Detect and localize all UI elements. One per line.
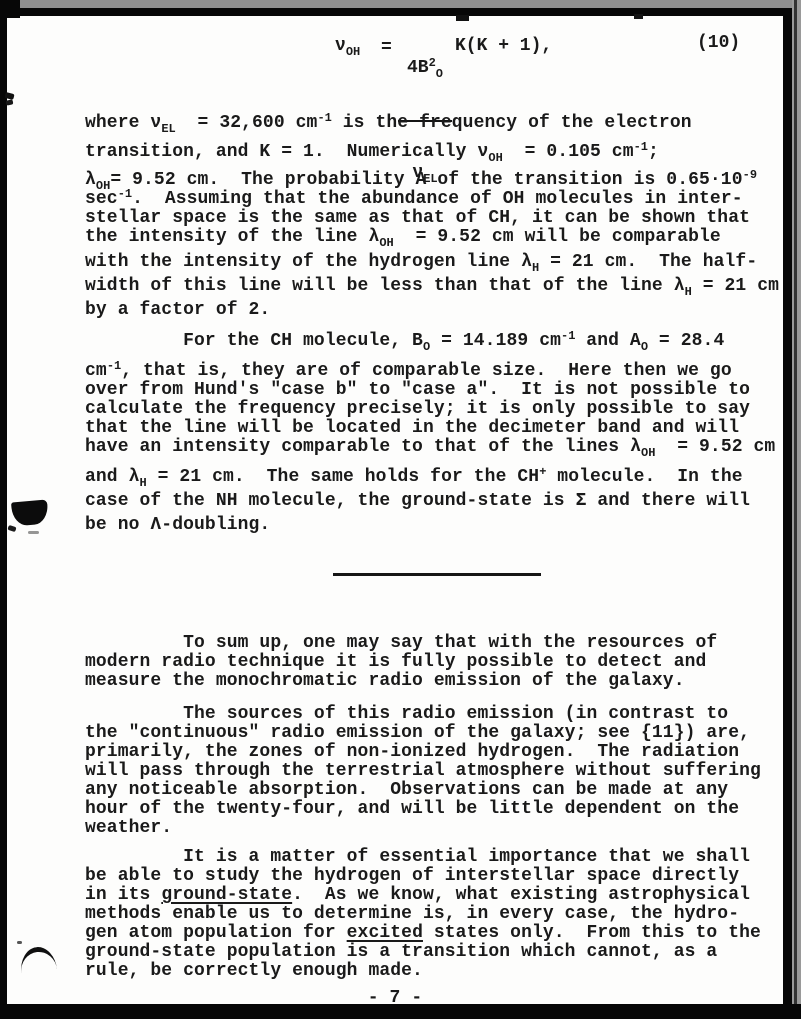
text-line: ground-state population is a transition …	[85, 943, 781, 962]
text-line: the "continuous" radio emission of the g…	[85, 724, 781, 743]
text-line: gen atom population for excited states o…	[85, 924, 781, 943]
paragraph-block: It is a matter of essential importance t…	[85, 848, 781, 981]
paragraph-block: To sum up, one may say that with the res…	[85, 634, 781, 691]
text-line: by a factor of 2.	[85, 298, 781, 322]
equation-number: (10)	[697, 33, 740, 53]
text-line: primarily, the zones of non-ionized hydr…	[85, 743, 781, 762]
text-line: be no Λ-doubling.	[85, 513, 781, 537]
film-edge-line	[794, 0, 797, 1019]
document-page: νOH = 4B2O νEL K(K + 1), (10) where νEL …	[7, 16, 783, 1005]
text-line: For the CH molecule, BO = 14.189 cm-1 an…	[85, 332, 781, 351]
paragraph-block: For the CH molecule, BO = 14.189 cm-1 an…	[85, 332, 781, 351]
text-line: It is a matter of essential importance t…	[85, 848, 781, 867]
text-line: case of the NH molecule, the ground-stat…	[85, 489, 781, 513]
paragraph-block: The sources of this radio emission (in c…	[85, 705, 781, 838]
text-line: measure the monochromatic radio emission…	[85, 672, 781, 691]
film-border-right	[783, 8, 792, 1019]
text-line: hour of the twenty-four, and will be lit…	[85, 800, 781, 819]
equation-lhs: νOH	[335, 36, 360, 56]
text-line: λOH= 9.52 cm. The probability A of the t…	[85, 171, 781, 190]
paragraph-block: λOH= 9.52 cm. The probability A of the t…	[85, 171, 781, 247]
text-line: that the line will be located in the dec…	[85, 419, 781, 438]
film-notch	[456, 15, 469, 21]
text-line: modern radio technique it is fully possi…	[85, 653, 781, 672]
text-line: rule, be correctly enough made.	[85, 962, 781, 981]
text-line: over from Hund's "case b" to "case a". I…	[85, 381, 781, 400]
fraction-numerator: 4B2O	[396, 58, 454, 78]
equation-equals-sign: =	[381, 38, 392, 58]
text-line: width of this line will be less than tha…	[85, 274, 781, 298]
text-line: with the intensity of the hydrogen line …	[85, 250, 781, 274]
paragraph-block: cm-1, that is, they are of comparable si…	[85, 362, 781, 457]
text-line: in its ground-state. As we know, what ex…	[85, 886, 781, 905]
film-border-top	[0, 8, 792, 16]
ink-speck	[28, 531, 39, 534]
scanned-page-frame: νOH = 4B2O νEL K(K + 1), (10) where νEL …	[0, 0, 801, 1019]
section-divider-rule	[333, 573, 541, 576]
ink-speck	[17, 941, 22, 944]
film-corner-block	[0, 0, 20, 18]
text-line: have an intensity comparable to that of …	[85, 438, 781, 457]
text-line: weather.	[85, 819, 781, 838]
equation-rhs: K(K + 1),	[455, 36, 552, 56]
text-line: To sum up, one may say that with the res…	[85, 634, 781, 653]
film-border-bottom	[0, 1004, 801, 1019]
text-line: will pass through the terrestrial atmosp…	[85, 762, 781, 781]
text-line: any noticeable absorption. Observations …	[85, 781, 781, 800]
text-line: be able to study the hydrogen of interst…	[85, 867, 781, 886]
paragraph-block: where νEL = 32,600 cm-1 is the frequency…	[85, 109, 781, 167]
text-line: sec-1. Assuming that the abundance of OH…	[85, 190, 781, 209]
paragraph-block: with the intensity of the hydrogen line …	[85, 250, 781, 322]
text-line: methods enable us to determine is, in ev…	[85, 905, 781, 924]
text-line: transition, and K = 1. Numerically νOH =…	[85, 138, 781, 167]
text-line: the intensity of the line λOH = 9.52 cm …	[85, 228, 781, 247]
text-line: The sources of this radio emission (in c…	[85, 705, 781, 724]
text-line: and λH = 21 cm. The same holds for the C…	[85, 465, 781, 489]
text-line: cm-1, that is, they are of comparable si…	[85, 362, 781, 381]
text-line: stellar space is the same as that of CH,…	[85, 209, 781, 228]
paragraph-block: and λH = 21 cm. The same holds for the C…	[85, 465, 781, 537]
film-notch	[634, 14, 643, 19]
text-line: where νEL = 32,600 cm-1 is the frequency…	[85, 109, 781, 138]
text-line: calculate the frequency precisely; it is…	[85, 400, 781, 419]
